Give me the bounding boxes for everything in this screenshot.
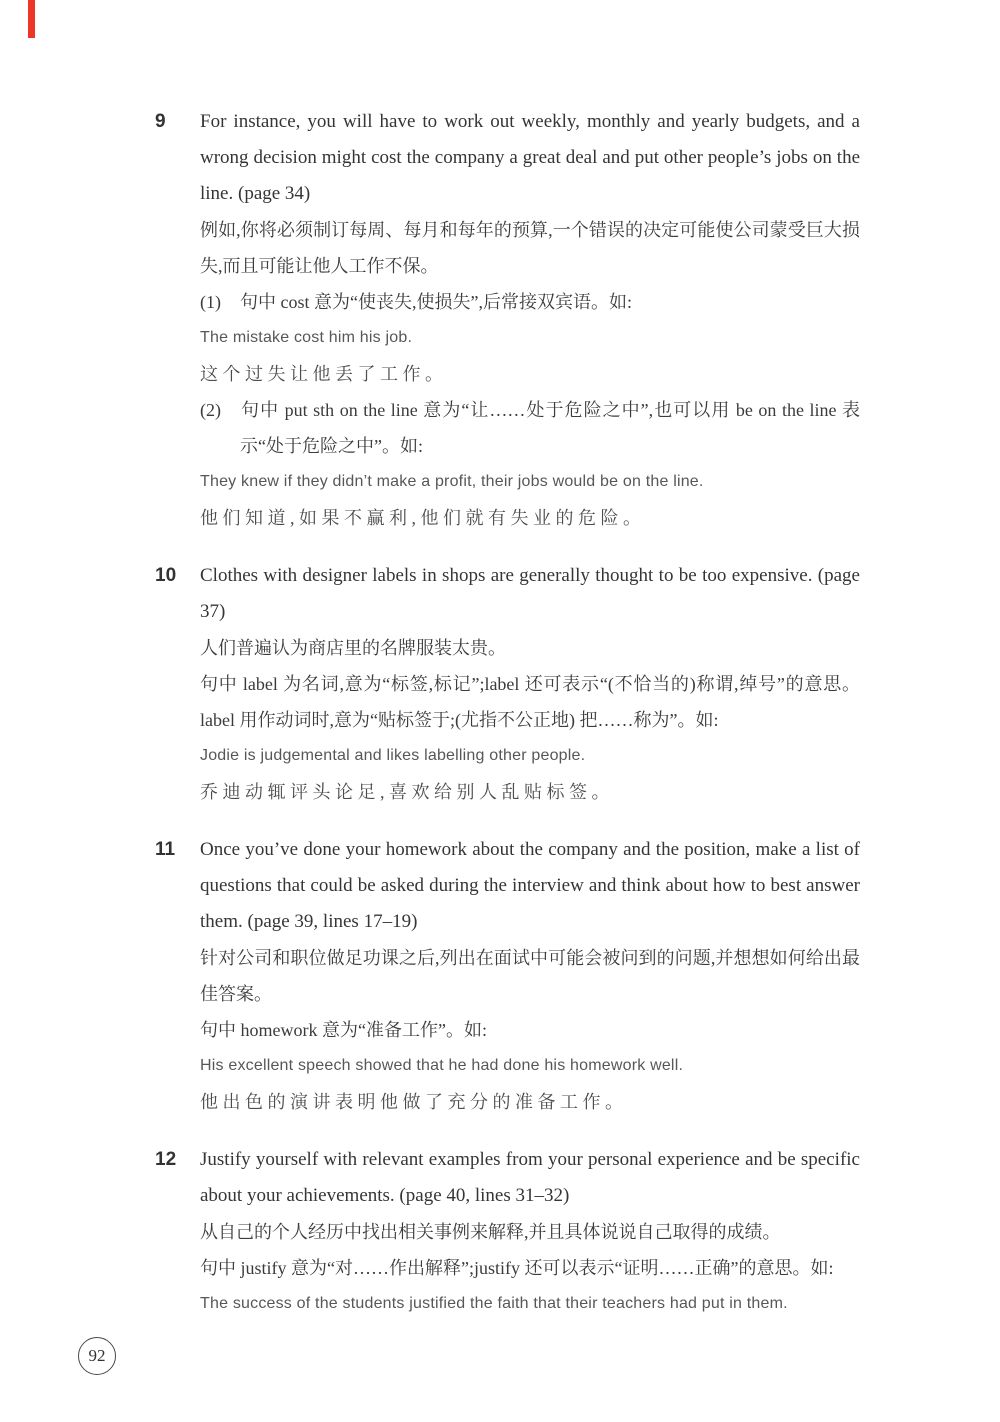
item-12: 12 Justify yourself with relevant exampl… (155, 1142, 860, 1322)
book-page: 9 For instance, you will have to work ou… (0, 0, 1000, 1422)
example-chinese: 他出色的演讲表明他做了充分的准备工作。 (200, 1084, 860, 1120)
item-number: 9 (155, 104, 200, 536)
item-11: 11 Once you’ve done your homework about … (155, 832, 860, 1120)
item-number: 12 (155, 1142, 200, 1322)
example-english: The success of the students justified th… (200, 1286, 860, 1322)
item-number: 11 (155, 832, 200, 1120)
chinese-translation: 针对公司和职位做足功课之后,列出在面试中可能会被问到的问题,并想想如何给出最佳答… (200, 940, 860, 1012)
usage-note-2: (2)句中 put sth on the line 意为“让……处于危险之中”,… (200, 392, 860, 464)
chinese-translation: 从自己的个人经历中找出相关事例来解释,并且具体说说自己取得的成绩。 (200, 1214, 860, 1250)
example-english: Jodie is judgemental and likes labelling… (200, 738, 860, 774)
usage-note-text: 句中 cost 意为“使丧失,使损失”,后常接双宾语。如: (240, 292, 632, 312)
sub-item-marker: (1) (200, 284, 240, 320)
example-english: They knew if they didn’t make a profit, … (200, 464, 860, 500)
item-body: Clothes with designer labels in shops ar… (200, 558, 860, 810)
example-chinese: 这个过失让他丢了工作。 (200, 356, 860, 392)
english-sentence: Once you’ve done your homework about the… (200, 832, 860, 940)
usage-note: 句中 justify 意为“对……作出解释”;justify 还可以表示“证明…… (200, 1250, 860, 1286)
usage-note-1: (1)句中 cost 意为“使丧失,使损失”,后常接双宾语。如: (200, 284, 860, 320)
item-10: 10 Clothes with designer labels in shops… (155, 558, 860, 810)
item-9: 9 For instance, you will have to work ou… (155, 104, 860, 536)
item-body: Once you’ve done your homework about the… (200, 832, 860, 1120)
chinese-translation: 人们普遍认为商店里的名牌服装太贵。 (200, 630, 860, 666)
english-sentence: For instance, you will have to work out … (200, 104, 860, 212)
example-english: The mistake cost him his job. (200, 320, 860, 356)
english-sentence: Justify yourself with relevant examples … (200, 1142, 860, 1214)
english-sentence: Clothes with designer labels in shops ar… (200, 558, 860, 630)
item-body: For instance, you will have to work out … (200, 104, 860, 536)
item-body: Justify yourself with relevant examples … (200, 1142, 860, 1322)
chinese-translation: 例如,你将必须制订每周、每月和每年的预算,一个错误的决定可能使公司蒙受巨大损失,… (200, 212, 860, 284)
usage-note: 句中 label 为名词,意为“标签,标记”;label 还可表示“(不恰当的)… (200, 666, 860, 738)
example-chinese: 乔迪动辄评头论足,喜欢给别人乱贴标签。 (200, 774, 860, 810)
example-chinese: 他们知道,如果不赢利,他们就有失业的危险。 (200, 500, 860, 536)
usage-note-text: 句中 put sth on the line 意为“让……处于危险之中”,也可以… (240, 400, 860, 456)
sub-item-marker: (2) (200, 392, 240, 428)
usage-note: 句中 homework 意为“准备工作”。如: (200, 1012, 860, 1048)
red-edge-mark (28, 0, 35, 38)
item-number: 10 (155, 558, 200, 810)
example-english: His excellent speech showed that he had … (200, 1048, 860, 1084)
notes-content: 9 For instance, you will have to work ou… (155, 104, 860, 1344)
page-number: 92 (89, 1346, 106, 1366)
page-number-badge: 92 (78, 1337, 116, 1375)
